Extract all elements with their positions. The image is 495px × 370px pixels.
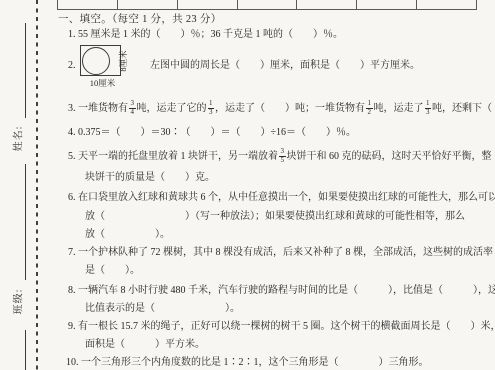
question-10-line: 10. 一个三角形三个内角度数的比是 1∶2∶1，这个三角形是（ ）三角形。	[66, 356, 429, 369]
question-1-line: 1. 55 厘米是 1 米的（ ）％；36 千克是 1 吨的（ ）％。	[68, 28, 343, 41]
score-table-cell	[58, 0, 118, 9]
question-8-line-1: 8. 一辆汽车 8 小时行驶 480 千米，汽车行驶的路程与时间的比是（ ），比…	[68, 284, 495, 297]
question-8-line-2: 比值表示的是（ ）。	[85, 302, 240, 315]
fraction: 12	[366, 100, 373, 117]
score-table-cell	[357, 0, 417, 9]
score-table	[57, 0, 477, 10]
question-9-line-2: 面积是（ ）平方米。	[85, 338, 205, 351]
margin-write-line	[25, 330, 26, 370]
binding-dashed-line	[36, 0, 38, 370]
figure-inscribed-circle	[82, 47, 110, 75]
question-4-line: 4. 0.375＝（ ）＝30∶（ ）＝（ ）÷16＝（ ）％。	[68, 126, 356, 139]
question-2-text: 左图中圆的周长是（ ）厘米，面积是（ ）平方厘米。	[150, 59, 420, 72]
question-6-line-2: 放（ ）（写一种放法）；如果要使摸出红球和黄球的可能性相等，那么	[85, 210, 465, 223]
question-2-number: 2.	[68, 59, 76, 72]
question-6-line-3: 放（ ）。	[85, 228, 170, 241]
question-9-line-1: 9. 有一根长 15.7 米的绳子，正好可以绕一棵树的树干 5 圈。这个树干的横…	[68, 320, 495, 333]
fraction: 35	[279, 148, 286, 165]
question-7-line-1: 7. 一个护林队种了 72 棵树，其中 8 棵没有成活，后来又补种了 8 棵，全…	[68, 246, 493, 259]
class-write-line	[25, 164, 26, 280]
section-title: 一、填空。（每空 1 分，共 23 分）	[58, 13, 222, 26]
score-table-cell	[417, 0, 476, 9]
class-field-label: 班级:	[10, 284, 25, 320]
score-table-cell	[118, 0, 178, 9]
exam-paper-page: 姓名: 班级: 一、填空。（每空 1 分，共 23 分） 1. 55 厘米是 1…	[0, 0, 495, 370]
question-6-line-1: 6. 在口袋里放入红球和黄球共 6 个，从中任意摸出一个，如果要使摸出红球的可能…	[68, 191, 495, 204]
figure-rectangle	[80, 45, 121, 76]
name-field-label: 姓名:	[10, 121, 25, 157]
figure-width-label: 10厘米	[83, 77, 122, 89]
question-7-line-2: 是（ ）。	[85, 264, 140, 277]
score-table-cell	[238, 0, 298, 9]
question-5-line-1: 5. 天平一端的托盘里放着 1 块饼干，另一端放着35块饼干和 60 克的砝码，…	[68, 148, 492, 165]
question-5-line-2: 块饼干的质量是（ ）克。	[85, 171, 215, 184]
question-3-line: 3. 一堆货物有34吨，运走了它的13，运走了（ ）吨；一堆货物有12吨，运走了…	[68, 100, 495, 117]
fraction: 13	[425, 100, 432, 117]
fraction: 34	[129, 100, 136, 117]
name-write-line	[25, 23, 26, 118]
score-table-cell	[297, 0, 357, 9]
score-table-cell	[178, 0, 238, 9]
figure-height-label: 8厘米	[117, 43, 129, 79]
fraction: 13	[208, 100, 215, 117]
